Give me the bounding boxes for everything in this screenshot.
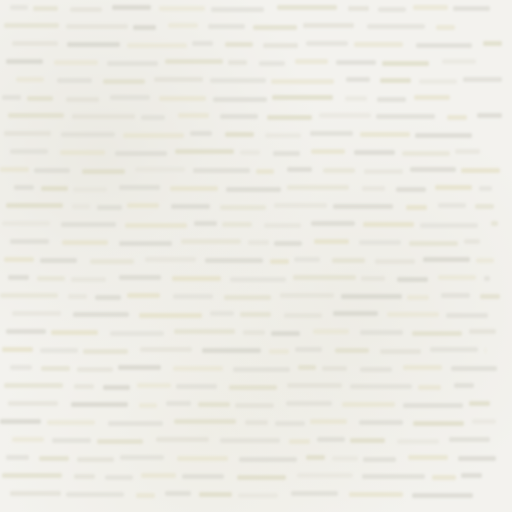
faint-text-fragment — [95, 295, 121, 300]
faint-text-fragment — [225, 42, 253, 47]
faint-text-fragment — [419, 79, 457, 84]
faint-text-fragment — [349, 492, 403, 497]
faint-text-fragment — [133, 25, 156, 30]
faint-text-fragment — [8, 113, 64, 118]
faint-text-fragment — [145, 257, 196, 262]
faint-text-fragment — [103, 385, 130, 390]
faint-text-fragment — [348, 6, 369, 11]
faint-text-fragment — [90, 259, 134, 264]
faint-text-fragment — [303, 23, 354, 28]
faint-text-fragment — [51, 330, 98, 335]
faint-text-fragment — [273, 151, 300, 156]
faint-text-fragment — [396, 187, 426, 192]
faint-text-fragment — [463, 77, 502, 82]
faint-text-fragment — [480, 294, 500, 299]
faint-text-fragment — [225, 132, 254, 137]
faint-text-fragment — [240, 150, 260, 155]
faint-text-fragment — [265, 133, 301, 138]
faint-text-fragment — [74, 384, 94, 389]
faint-text-fragment — [447, 115, 467, 120]
faint-text-fragment — [438, 203, 466, 208]
faint-text-fragment — [362, 186, 385, 191]
faint-text-fragment — [406, 205, 427, 210]
faint-text-fragment — [226, 187, 281, 192]
faint-text-fragment — [267, 115, 312, 120]
faint-text-fragment — [4, 257, 34, 262]
faint-text-fragment — [6, 59, 43, 64]
faint-text-fragment — [263, 43, 298, 48]
faint-text-fragment — [237, 475, 286, 480]
faint-text-fragment — [177, 456, 228, 461]
faint-text-fragment — [6, 329, 46, 334]
faint-text-fragment — [82, 169, 125, 174]
faint-text-fragment — [477, 113, 502, 118]
faint-text-fragment — [165, 59, 223, 64]
faint-text-fragment — [441, 293, 470, 298]
faint-text-fragment — [62, 240, 108, 245]
faint-text-fragment — [239, 457, 297, 462]
faint-text-fragment — [387, 312, 439, 317]
faint-text-fragment — [2, 347, 33, 352]
faint-text-fragment — [66, 492, 124, 497]
faint-text-fragment — [83, 349, 128, 354]
faint-text-fragment — [178, 113, 209, 118]
faded-document-page — [0, 0, 512, 512]
faint-text-fragment — [314, 239, 349, 244]
faint-text-fragment — [220, 205, 266, 210]
faint-text-fragment — [139, 403, 157, 408]
faint-text-fragment — [342, 402, 395, 407]
faint-text-fragment — [127, 203, 159, 208]
faint-text-fragment — [182, 474, 224, 479]
faint-text-fragment — [317, 437, 345, 442]
faint-text-fragment — [264, 223, 301, 228]
faint-text-fragment — [420, 223, 478, 228]
faint-text-fragment — [469, 329, 496, 334]
faint-text-fragment — [483, 41, 502, 46]
faint-text-fragment — [287, 185, 349, 190]
faint-text-fragment — [397, 277, 428, 282]
faint-text-fragment — [435, 185, 472, 190]
faint-text-fragment — [159, 96, 206, 101]
faint-text-fragment — [360, 330, 403, 335]
faint-text-fragment — [175, 149, 234, 154]
faint-text-fragment — [476, 258, 494, 263]
faint-text-fragment — [332, 456, 358, 461]
faint-text-fragment — [8, 401, 58, 406]
faint-text-fragment — [286, 401, 332, 406]
faint-text-fragment — [298, 365, 316, 370]
faint-text-fragment — [446, 313, 488, 318]
faint-text-fragment — [0, 293, 58, 298]
faint-text-fragment — [271, 331, 300, 336]
faint-text-fragment — [293, 275, 356, 280]
faint-text-fragment — [376, 114, 435, 119]
faint-text-fragment — [235, 403, 274, 408]
faint-text-fragment — [66, 97, 99, 102]
faint-text-fragment — [192, 41, 213, 46]
faint-text-fragment — [274, 203, 327, 208]
faint-text-fragment — [233, 367, 290, 372]
faint-text-fragment — [137, 383, 171, 388]
faint-text-fragment — [259, 61, 285, 66]
faint-text-fragment — [194, 221, 217, 226]
faint-text-fragment — [311, 149, 345, 154]
faint-text-fragment — [40, 348, 78, 353]
faint-text-fragment — [118, 365, 161, 370]
faint-text-fragment — [269, 349, 289, 354]
faint-text-fragment — [413, 5, 448, 10]
faint-text-fragment — [363, 457, 396, 462]
faint-text-fragment — [271, 79, 334, 84]
faint-text-fragment — [323, 168, 355, 173]
faint-text-fragment — [403, 365, 442, 370]
faint-text-fragment — [77, 367, 113, 372]
faint-text-fragment — [210, 311, 234, 316]
faint-text-fragment — [47, 420, 95, 425]
faint-text-fragment — [210, 78, 266, 83]
faint-text-fragment — [123, 133, 184, 138]
faint-text-fragment — [74, 474, 95, 479]
faint-text-fragment — [12, 41, 58, 46]
faint-text-fragment — [173, 294, 213, 299]
faint-text-fragment — [141, 115, 165, 120]
faint-text-fragment — [6, 455, 29, 460]
faint-text-fragment — [228, 60, 247, 65]
faint-text-fragment — [61, 132, 115, 137]
faint-text-fragment — [412, 493, 473, 498]
faint-text-fragment — [378, 7, 406, 12]
faint-text-fragment — [409, 241, 458, 246]
faint-text-fragment — [375, 259, 415, 264]
faint-text-fragment — [4, 131, 51, 136]
faint-text-fragment — [256, 169, 274, 174]
faint-text-fragment — [10, 239, 49, 244]
faint-text-fragment — [141, 473, 176, 478]
faint-text-fragment — [377, 97, 406, 102]
faint-text-fragment — [190, 131, 212, 136]
faint-text-fragment — [430, 347, 478, 352]
faint-text-fragment — [397, 439, 439, 444]
faint-text-fragment — [380, 349, 421, 354]
faint-text-fragment — [248, 240, 269, 245]
faint-text-fragment — [222, 222, 252, 227]
faint-text-fragment — [10, 491, 61, 496]
faint-text-fragment — [10, 365, 32, 370]
faint-text-fragment — [108, 421, 163, 426]
faint-text-fragment — [220, 114, 258, 119]
faint-text-fragment — [172, 276, 221, 281]
faint-text-fragment — [289, 439, 310, 444]
faint-text-fragment — [272, 95, 333, 100]
faint-text-fragment — [0, 419, 41, 424]
faint-text-fragment — [274, 241, 302, 246]
faint-text-fragment — [313, 329, 349, 334]
faint-text-fragment — [213, 97, 267, 102]
faint-text-fragment — [415, 133, 472, 138]
faint-text-fragment — [410, 167, 456, 172]
faint-text-fragment — [72, 114, 135, 119]
faint-text-fragment — [333, 311, 378, 316]
faint-text-fragment — [335, 348, 369, 353]
faint-text-fragment — [240, 312, 271, 317]
faint-text-fragment — [407, 295, 429, 300]
faint-text-fragment — [243, 330, 265, 335]
faint-text-fragment — [39, 456, 69, 461]
faint-text-fragment — [136, 493, 155, 498]
faint-text-fragment — [333, 204, 393, 209]
faint-text-fragment — [71, 402, 128, 407]
faint-text-fragment — [66, 24, 128, 29]
faint-text-fragment — [408, 455, 448, 460]
faint-text-fragment — [174, 329, 235, 334]
faint-text-fragment — [464, 239, 480, 244]
faint-text-fragment — [230, 277, 286, 282]
faint-text-fragment — [238, 493, 278, 498]
faint-text-fragment — [57, 78, 92, 83]
faint-text-fragment — [364, 169, 403, 174]
faint-text-fragment — [423, 257, 470, 262]
faint-text-fragment — [54, 60, 98, 65]
faint-text-fragment — [140, 347, 192, 352]
faint-text-fragment — [156, 437, 209, 442]
faint-text-fragment — [310, 131, 353, 136]
faint-text-fragment — [359, 420, 403, 425]
faint-text-fragment — [8, 275, 29, 280]
faint-text-fragment — [458, 456, 496, 461]
faint-text-fragment — [159, 6, 205, 11]
faint-text-fragment — [105, 475, 133, 480]
faint-text-fragment — [68, 294, 87, 299]
faint-text-fragment — [319, 113, 371, 118]
faint-text-fragment — [403, 403, 463, 408]
faint-text-fragment — [97, 439, 143, 444]
faint-text-fragment — [170, 186, 218, 191]
faint-text-fragment — [414, 95, 450, 100]
faint-text-fragment — [41, 186, 68, 191]
faint-text-fragment — [453, 6, 490, 11]
faint-text-fragment — [139, 313, 202, 318]
faint-text-fragment — [402, 151, 450, 156]
faint-text-fragment — [211, 7, 264, 12]
faint-text-fragment — [484, 276, 490, 281]
faint-text-fragment — [120, 455, 164, 460]
faint-text-fragment — [12, 437, 44, 442]
faint-text-fragment — [350, 384, 412, 389]
faint-text-fragment — [287, 167, 312, 172]
faint-text-fragment — [119, 185, 160, 190]
faint-text-fragment — [280, 293, 334, 298]
faint-text-fragment — [485, 348, 486, 353]
faint-text-fragment — [171, 204, 210, 209]
faint-text-fragment — [436, 25, 455, 30]
faint-text-fragment — [306, 455, 325, 460]
faint-text-fragment — [97, 205, 122, 210]
faint-text-fragment — [449, 437, 490, 442]
faint-text-fragment — [291, 491, 338, 496]
faint-text-fragment — [297, 473, 353, 478]
faint-text-fragment — [40, 258, 77, 263]
faint-text-fragment — [362, 474, 425, 479]
faint-text-fragment — [270, 259, 289, 264]
faint-text-fragment — [275, 421, 305, 426]
faint-text-fragment — [341, 294, 402, 299]
faint-text-fragment — [2, 95, 21, 100]
faint-text-fragment — [220, 438, 280, 443]
faint-text-fragment — [224, 295, 271, 300]
faint-text-fragment — [41, 366, 70, 371]
faint-text-fragment — [27, 96, 53, 101]
illegible-text-block — [0, 0, 512, 512]
faint-text-fragment — [193, 168, 250, 173]
faint-text-fragment — [154, 77, 203, 82]
faint-text-fragment — [119, 275, 161, 280]
faint-text-fragment — [10, 149, 48, 154]
faint-text-fragment — [475, 204, 494, 209]
faint-text-fragment — [52, 438, 91, 443]
faint-text-fragment — [202, 348, 261, 353]
faint-text-fragment — [454, 383, 474, 388]
faint-text-fragment — [208, 24, 245, 29]
faint-text-fragment — [382, 61, 429, 66]
faint-text-fragment — [432, 475, 456, 480]
faint-text-fragment — [173, 366, 223, 371]
faint-text-fragment — [0, 167, 29, 172]
faint-text-fragment — [359, 240, 401, 245]
faint-text-fragment — [71, 277, 106, 282]
faint-text-fragment — [198, 402, 230, 407]
faint-text-fragment — [461, 168, 500, 173]
faint-text-fragment — [60, 150, 105, 155]
faint-text-fragment — [413, 421, 464, 426]
faint-text-fragment — [70, 7, 102, 12]
faint-text-fragment — [438, 275, 476, 280]
faint-text-fragment — [174, 419, 236, 424]
faint-text-fragment — [168, 23, 198, 28]
faint-text-fragment — [4, 383, 63, 388]
faint-text-fragment — [361, 276, 385, 281]
faint-text-fragment — [119, 241, 172, 246]
faint-text-fragment — [61, 222, 116, 227]
faint-text-fragment — [294, 257, 320, 262]
faint-text-fragment — [127, 43, 187, 48]
faint-text-fragment — [311, 221, 355, 226]
faint-text-fragment — [127, 293, 160, 298]
faint-text-fragment — [110, 95, 150, 100]
faint-text-fragment — [112, 5, 151, 10]
faint-text-fragment — [442, 59, 476, 64]
faint-text-fragment — [360, 367, 392, 372]
faint-text-fragment — [284, 313, 322, 318]
faint-text-fragment — [461, 473, 482, 478]
faint-text-fragment — [181, 239, 241, 244]
faint-text-fragment — [336, 60, 376, 65]
faint-text-fragment — [6, 203, 63, 208]
faint-text-fragment — [115, 151, 167, 156]
faint-text-fragment — [10, 5, 28, 10]
faint-text-fragment — [110, 331, 164, 336]
faint-text-fragment — [205, 258, 263, 263]
faint-text-fragment — [332, 258, 365, 263]
faint-text-fragment — [67, 42, 120, 47]
faint-text-fragment — [295, 59, 328, 64]
faint-text-fragment — [107, 61, 158, 66]
faint-text-fragment — [37, 276, 65, 281]
faint-text-fragment — [33, 6, 58, 11]
faint-text-fragment — [416, 43, 472, 48]
faint-text-fragment — [16, 77, 44, 82]
faint-text-fragment — [322, 366, 347, 371]
faint-text-fragment — [103, 79, 145, 84]
faint-text-fragment — [350, 438, 385, 443]
faint-text-fragment — [310, 419, 347, 424]
faint-text-fragment — [346, 77, 370, 82]
faint-text-fragment — [455, 149, 480, 154]
faint-text-fragment — [472, 419, 496, 424]
faint-text-fragment — [491, 221, 498, 226]
faint-text-fragment — [14, 185, 34, 190]
faint-text-fragment — [245, 420, 268, 425]
faint-text-fragment — [73, 187, 107, 192]
faint-text-fragment — [2, 221, 50, 226]
faint-text-fragment — [34, 168, 70, 173]
faint-text-fragment — [72, 204, 90, 209]
faint-text-fragment — [125, 223, 187, 228]
faint-text-fragment — [380, 78, 411, 83]
faint-text-fragment — [199, 492, 232, 497]
faint-text-fragment — [295, 347, 322, 352]
faint-text-fragment — [306, 41, 348, 46]
faint-text-fragment — [4, 23, 59, 28]
faint-text-fragment — [345, 96, 367, 101]
faint-text-fragment — [77, 457, 114, 462]
faint-text-fragment — [354, 42, 403, 47]
faint-text-fragment — [73, 312, 129, 317]
faint-text-fragment — [229, 385, 277, 390]
faint-text-fragment — [363, 222, 414, 227]
faint-text-fragment — [287, 383, 342, 388]
faint-text-fragment — [412, 331, 462, 336]
faint-text-fragment — [12, 311, 61, 316]
faint-text-fragment — [165, 491, 191, 496]
faint-text-fragment — [135, 167, 185, 172]
faint-text-fragment — [166, 401, 191, 406]
faint-text-fragment — [479, 186, 492, 191]
faint-text-fragment — [277, 5, 337, 10]
faint-text-fragment — [451, 366, 497, 371]
faint-text-fragment — [418, 385, 441, 390]
faint-text-fragment — [2, 473, 62, 478]
faint-text-fragment — [354, 150, 395, 155]
faint-text-fragment — [176, 384, 217, 389]
faint-text-fragment — [367, 24, 425, 29]
faint-text-fragment — [469, 401, 490, 406]
faint-text-fragment — [360, 132, 410, 137]
faint-text-fragment — [253, 25, 297, 30]
